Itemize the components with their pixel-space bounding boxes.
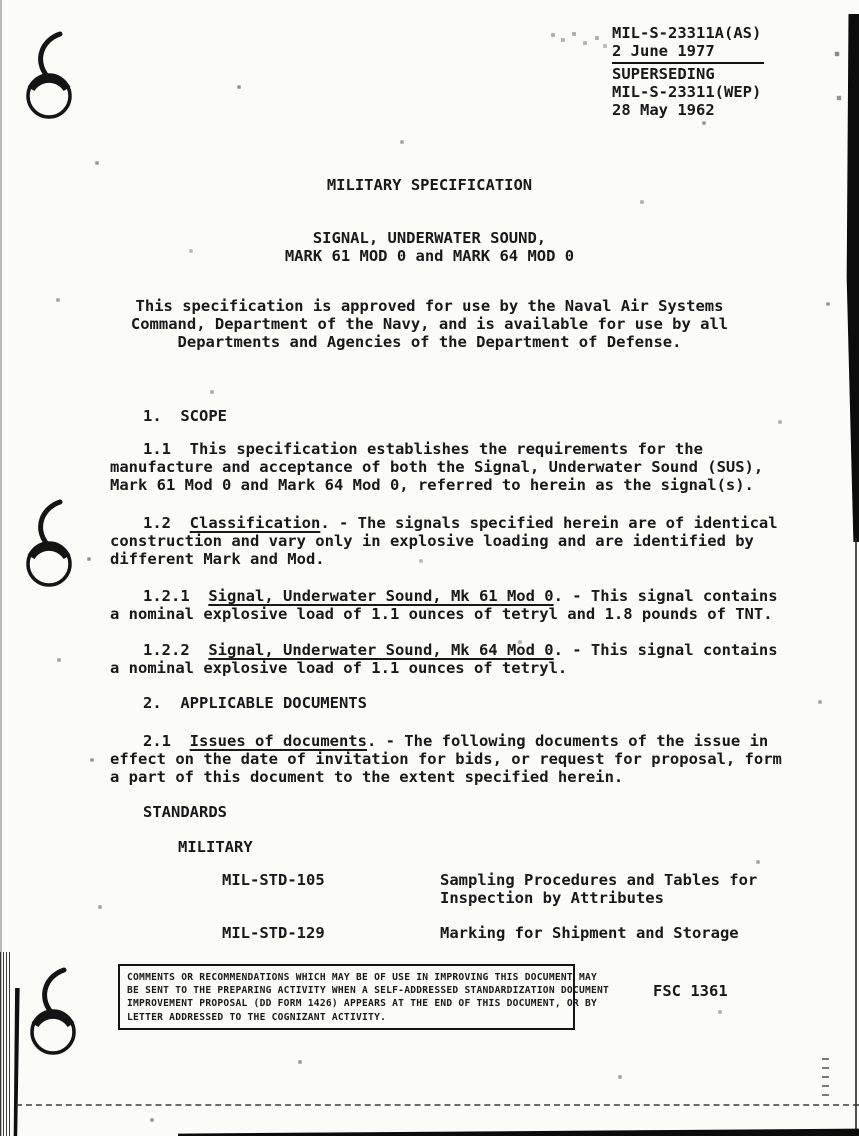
superseding-label: SUPERSEDING [612,65,764,83]
fsc-code: FSC 1361 [653,982,728,1000]
scan-edge-artifact [178,1128,859,1136]
page-title: MILITARY SPECIFICATION [0,176,859,194]
page-fold-dashed-line [16,1104,859,1106]
scan-edge-artifact [0,952,12,1136]
spec-id: MIL-S-23311A(AS) [612,24,764,42]
paragraph-number: 1.2.2 [143,641,208,659]
binder-punch-mark-icon [18,30,76,124]
doc-id-block: MIL-S-23311A(AS) 2 June 1977 SUPERSEDING… [612,24,764,119]
paragraph-1-2-2: 1.2.2 Signal, Underwater Sound, Mk 64 Mo… [110,641,810,677]
page-subtitle: SIGNAL, UNDERWATER SOUND, MARK 61 MOD 0 … [0,229,859,265]
paragraph-number: 2.1 [143,732,190,750]
scan-edge-artifact [855,538,857,1130]
approval-statement: This specification is approved for use b… [0,297,859,351]
header-rule [612,62,764,64]
paragraph-1-2-title: Classification [190,514,321,532]
paragraph-2-1: 2.1 Issues of documents. - The following… [110,732,810,786]
binder-punch-mark-icon [18,498,76,592]
section-heading-applicable-documents: 2. APPLICABLE DOCUMENTS [110,694,810,712]
scan-artifact-marks [822,1058,829,1098]
scan-edge-artifact [13,988,20,1136]
paragraph-1-2: 1.2 Classification. - The signals specif… [110,514,810,568]
scanned-document-page: MIL-S-23311A(AS) 2 June 1977 SUPERSEDING… [0,0,859,1136]
paragraph-1-2-2-title: Signal, Underwater Sound, Mk 64 Mod 0 [208,641,553,659]
paragraph-1-1: 1.1 This specification establishes the r… [110,440,810,494]
scan-edge-artifact [845,14,859,542]
scan-noise-speckles [0,0,2,2]
paragraph-number: 1.2.1 [143,587,208,605]
standard-code: MIL-STD-129 [222,924,325,942]
paragraph-1-2-1: 1.2.1 Signal, Underwater Sound, Mk 61 Mo… [110,587,810,623]
standards-label: STANDARDS [143,803,227,821]
superseded-spec-date: 28 May 1962 [612,101,764,119]
paragraph-2-1-title: Issues of documents [190,732,367,750]
paragraph-1-2-1-title: Signal, Underwater Sound, Mk 61 Mod 0 [208,587,553,605]
spec-date: 2 June 1977 [612,42,764,60]
military-label: MILITARY [178,838,253,856]
paragraph-number: 1.2 [143,514,190,532]
section-heading-scope: 1. SCOPE [110,407,810,425]
comments-box: COMMENTS OR RECOMMENDATIONS WHICH MAY BE… [118,964,575,1030]
standard-title: Sampling Procedures and Tables for Inspe… [440,871,757,907]
standard-title: Marking for Shipment and Storage [440,924,739,942]
binder-punch-mark-icon [22,966,80,1060]
superseded-spec-id: MIL-S-23311(WEP) [612,83,764,101]
standard-code: MIL-STD-105 [222,871,325,889]
